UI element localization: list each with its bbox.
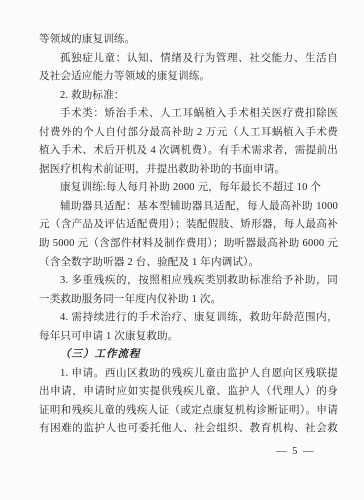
text-line: 3. 多重残疾的，按照相应残疾类别救助标准给予补助，同 [39, 272, 338, 291]
text-line: 据医疗机构术前证明，并提出救助补助的书面申请。 [39, 161, 338, 180]
text-line: 每年只可申请 1 次康复救助。 [39, 328, 338, 347]
text-line: 4. 需持续进行的手术治疗、康复训练，救助年龄范围内， [39, 309, 338, 328]
text-line: 出申请，申请时应如实提供残疾儿童、监护人（代理人）的身份 [39, 383, 338, 402]
text-line: 孤独症儿童：认知、情绪及行为管理、社交能力、生活自理 [39, 50, 338, 69]
text-line: 有困难的监护人也可委托他人、社会组织、教育机构、社会救助 [39, 420, 338, 439]
section-heading-line: （三）工作流程 [39, 346, 338, 365]
text-line: 辅助器具适配：基本型辅助器具适配，每人最高补助 1000 [39, 198, 338, 217]
text-line: 康复训练:每人每月补助 2000 元，每年最长不超过 10 个月。 [39, 179, 338, 198]
document-page: 等领域的康复训练。孤独症儿童：认知、情绪及行为管理、社交能力、生活自理及社会适应… [0, 0, 364, 500]
text-line: 证明和残疾儿童的残疾人证（或定点康复机构诊断证明）。申请 [39, 402, 338, 421]
text-line: 助 5000 元（含部件材料及制作费用）；助听器最高补助 6000 元 [39, 235, 338, 254]
text-line: 手术类：矫治手术、人工耳蜗植入手术相关医疗费扣除医保 [39, 105, 338, 124]
text-line: 及社会适应能力等领域的康复训练。 [39, 68, 338, 87]
text-line: 元（含产品及评估适配费用）；装配假肢、矫形器，每人最高补 [39, 216, 338, 235]
text-line: 2. 救助标准： [39, 87, 338, 106]
page-number: — 5 — [38, 446, 315, 457]
document-body: 等领域的康复训练。孤独症儿童：认知、情绪及行为管理、社交能力、生活自理及社会适应… [39, 31, 338, 439]
text-line: 一类救助服务同一年度内仅补助 1 次。 [39, 291, 338, 310]
text-line: 等领域的康复训练。 [39, 31, 338, 50]
text-line: （含全数字助听器 2 台、验配及 1 年内调试）。 [39, 254, 338, 273]
text-line: 植入手术、术后开机及 4 次调机费）。有手术需求者，需提前出 [39, 142, 338, 161]
text-line: 1. 申请。西山区救助的残疾儿童由监护人自愿向区残联提 [39, 365, 338, 384]
text-line: 付费外的个人自付部分最高补助 2 万元（人工耳蜗植入手术费含 [39, 124, 338, 143]
